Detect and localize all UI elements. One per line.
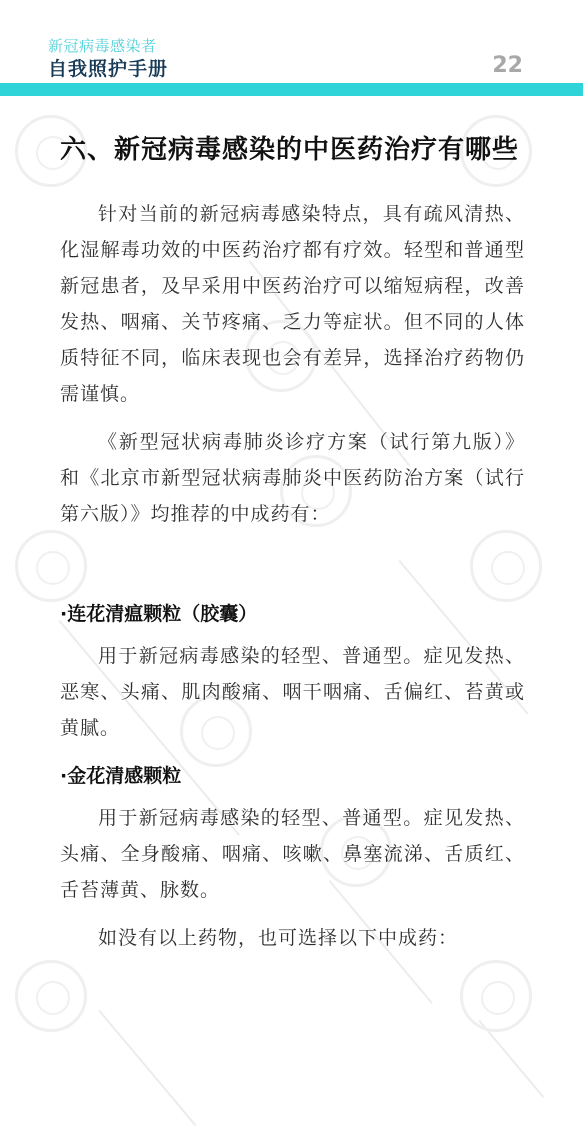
handbook-subtitle: 新冠病毒感染者 xyxy=(48,35,157,56)
flower-emblem-icon xyxy=(15,960,87,1032)
medicine-name: ·连花清瘟颗粒（胶囊） xyxy=(60,596,525,632)
header-accent-bar xyxy=(0,83,583,96)
reference-paragraph: 《新型冠状病毒肺炎诊疗方案（试行第九版）》和《北京市新型冠状病毒肺炎中医药防治方… xyxy=(60,424,525,532)
flower-emblem-icon xyxy=(460,960,532,1032)
medicine-description: 用于新冠病毒感染的轻型、普通型。症见发热、恶寒、头痛、肌肉酸痛、咽干咽痛、舌偏红… xyxy=(60,638,525,746)
closing-paragraph: 如没有以上药物，也可选择以下中成药： xyxy=(60,920,525,956)
intro-paragraph: 针对当前的新冠病毒感染特点，具有疏风清热、化湿解毒功效的中医药治疗都有疗效。轻型… xyxy=(60,196,525,412)
handbook-title: 自我照护手册 xyxy=(48,54,168,81)
watermark-line xyxy=(98,1010,196,1126)
watermark-line xyxy=(478,1020,544,1098)
medicine-name: ·金花清感颗粒 xyxy=(60,758,525,794)
page-number: 22 xyxy=(492,53,523,78)
section-heading: 六、新冠病毒感染的中医药治疗有哪些 xyxy=(60,130,525,170)
page-header: 新冠病毒感染者 自我照护手册 22 xyxy=(0,0,583,100)
page-content: 六、新冠病毒感染的中医药治疗有哪些 针对当前的新冠病毒感染特点，具有疏风清热、化… xyxy=(60,130,525,956)
medicine-item: ·金花清感颗粒 用于新冠病毒感染的轻型、普通型。症见发热、头痛、全身酸痛、咽痛、… xyxy=(60,758,525,908)
medicine-description: 用于新冠病毒感染的轻型、普通型。症见发热、头痛、全身酸痛、咽痛、咳嗽、鼻塞流涕、… xyxy=(60,800,525,908)
medicine-item: ·连花清瘟颗粒（胶囊） 用于新冠病毒感染的轻型、普通型。症见发热、恶寒、头痛、肌… xyxy=(60,596,525,746)
spacer xyxy=(60,746,525,758)
spacer xyxy=(60,532,525,596)
